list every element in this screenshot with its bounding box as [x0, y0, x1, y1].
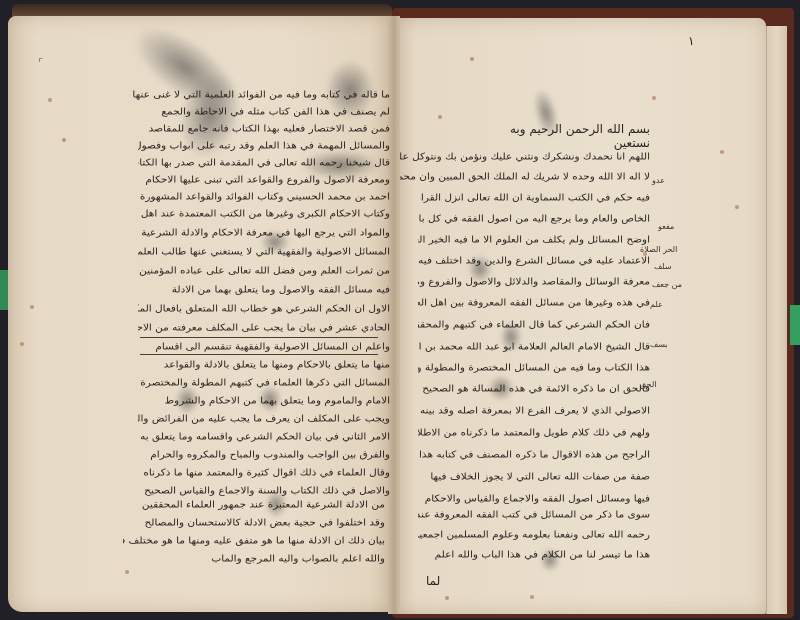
manuscript-line: لم يصنف في هذا الفن كتاب مثله في الاحاطة… — [138, 106, 390, 119]
manuscript-line: سوى ما ذكر من المسائل في كتب الفقه المعر… — [418, 509, 650, 522]
foxing-spot — [62, 138, 66, 142]
manuscript-line: ويجب على المكلف ان يعرف ما يجب عليه من ا… — [138, 413, 390, 426]
manuscript-line: في هذه وغيرها من مسائل الفقه المعروفة بي… — [418, 297, 650, 310]
manuscript-line: رحمه الله تعالى ونفعنا بعلومه وعلوم المس… — [418, 529, 650, 542]
right-page-lower-text: سوى ما ذكر من المسائل في كتب الفقه المعر… — [400, 508, 650, 568]
ruled-divider — [140, 337, 378, 338]
marginal-gloss: بسف — [650, 340, 668, 349]
manuscript-line: قال شيخنا رحمه الله تعالى في المقدمة الت… — [138, 157, 390, 170]
manuscript-line: لا اله الا الله وحده لا شريك له الملك ال… — [400, 171, 650, 184]
manuscript-line: هذا ما تيسر لنا من الكلام في هذا الباب و… — [418, 549, 650, 562]
manuscript-line: وكتاب الاحكام الكبرى وغيرها من الكتب الم… — [138, 208, 390, 221]
foxing-spot — [530, 595, 534, 599]
manuscript-line: الراجح من هذه الاقوال ما ذكره المصنف في … — [418, 449, 650, 462]
manuscript-line: فيها ومسائل اصول الفقه والاجماع والقياس … — [418, 493, 650, 506]
manuscript-line: فالحق ان ما ذكره الائمة في هذه المسالة ه… — [418, 383, 650, 396]
manuscript-line: الامام والماموم وما يتعلق بهما من الاحكا… — [138, 395, 390, 408]
manuscript-line: قال الشيخ الامام العالم العلامة ابو عبد … — [418, 341, 650, 354]
manuscript-line: بيان ذلك ان الادلة منها ما هو متفق عليه … — [123, 535, 385, 548]
page-stack-edge — [766, 26, 787, 614]
foxing-spot — [445, 596, 449, 600]
manuscript-line: وقال العلماء في ذلك اقوال كثيرة والمعتمد… — [138, 467, 390, 480]
manuscript-line: صفة من صفات الله تعالى التي لا يجوز الخل… — [418, 471, 650, 484]
manuscript-line: وقد اختلفوا في حجية بعض الادلة كالاستحسا… — [123, 517, 385, 530]
manuscript-line: والاصل في ذلك الكتاب والسنة والاجماع وال… — [138, 485, 390, 498]
manuscript-line: والله اعلم بالصواب واليه المرجع والماب — [145, 553, 385, 566]
marginal-gloss: علم — [650, 300, 663, 309]
marginal-gloss: من جعف — [652, 280, 682, 289]
manuscript-line: والمواد التي يرجع اليها في معرفة الاحكام… — [138, 227, 390, 240]
manuscript-line: فيه حكم في الكتب السماوية ان الله تعالى … — [420, 192, 650, 205]
marginal-gloss: عدو — [652, 176, 665, 185]
marginal-gloss: الحق — [640, 380, 657, 389]
manuscript-line: المسائل الاصولية والفقهية التي لا يستغني… — [138, 246, 390, 259]
manuscript-line: هذا الكتاب وما فيه من المسائل المختصرة و… — [418, 362, 650, 375]
marginal-gloss: الحر الصلاة — [640, 245, 677, 254]
manuscript-line: فيه مسائل الفقه والاصول وما يتعلق بهما م… — [138, 284, 390, 297]
manuscript-line: والفرق بين الواجب والمندوب والمباح والمك… — [138, 449, 390, 462]
manuscript-line: الخاص والعام وما يرجع اليه من اصول الفقه… — [418, 213, 650, 226]
manuscript-line: من ثمرات العلم ومن فضل الله تعالى على عب… — [138, 265, 390, 278]
ruled-divider — [140, 354, 378, 355]
manuscript-line: ما قاله في كتابه وما فيه من الفوائد العل… — [130, 89, 390, 102]
left-page-text-block: ما قاله في كتابه وما فيه من الفوائد العل… — [130, 88, 390, 508]
foxing-spot — [735, 205, 739, 209]
foxing-spot — [652, 96, 656, 100]
manuscript-line: والمسائل المهمة في هذا العلم وقد رتبه عل… — [138, 140, 390, 153]
left-page-lower-text: من الادلة الشرعية المعتبرة عند جمهور الع… — [120, 498, 385, 578]
marginal-gloss: سلف — [654, 262, 672, 271]
basmala-heading: بسم الله الرحمن الرحيم وبه نستعين — [500, 122, 650, 150]
foxing-spot — [438, 115, 442, 119]
foxing-spot — [470, 57, 474, 61]
right-page-text-block: اللهم انا نحمدك ونشكرك ونثني عليك ونؤمن … — [400, 150, 650, 520]
manuscript-line: واعلم ان المسائل الاصولية والفقهية تنقسم… — [138, 341, 390, 354]
manuscript-line: اللهم انا نحمدك ونشكرك ونثني عليك ونؤمن … — [400, 151, 650, 164]
folio-number: ١ — [688, 34, 694, 48]
manuscript-line: ومعرفة الاصول والفروع والقواعد التي تبنى… — [138, 174, 390, 187]
foxing-spot — [20, 342, 24, 346]
manuscript-line: ولهم في ذلك كلام طويل والمعتمد ما ذكرناه… — [418, 427, 650, 440]
manuscript-line: الاصولي الذي لا يعرف الفرع الا بمعرفة اص… — [418, 405, 650, 418]
manuscript-line: احمد بن محمد الحسيني وكتاب الفوائد والقو… — [132, 191, 390, 204]
marginal-gloss: مفعو — [658, 222, 674, 231]
manuscript-line: الاول ان الحكم الشرعي هو خطاب الله المتع… — [138, 303, 390, 316]
manuscript-line: اوضح المسائل ولم يكلف من العلوم الا ما ف… — [418, 234, 650, 247]
manuscript-line: فمن قصد الاختصار فعليه بهذا الكتاب فانه … — [138, 123, 390, 136]
foxing-spot — [48, 98, 52, 102]
manuscript-line: منها ما يتعلق بالاحكام ومنها ما يتعلق با… — [138, 359, 390, 372]
green-bookmark-right — [790, 305, 800, 345]
catchword: لما — [426, 574, 440, 588]
manuscript-line: الحادي عشر في بيان ما يجب على المكلف معر… — [138, 322, 390, 335]
foxing-spot — [30, 305, 34, 309]
manuscript-line: المسائل التي ذكرها العلماء في كتبهم المط… — [138, 377, 390, 390]
manuscript-line: فان الحكم الشرعي كما قال العلماء في كتبه… — [418, 319, 650, 332]
manuscript-line: الامر الثاني في بيان الحكم الشرعي واقسام… — [138, 431, 390, 444]
manuscript-line: معرفة الوسائل والمقاصد والدلائل والاصول … — [418, 276, 650, 289]
green-bookmark-left — [0, 270, 8, 310]
foxing-spot — [720, 150, 724, 154]
manuscript-line: الاعتماد عليه في مسائل الشرع والدين وقد … — [418, 255, 650, 268]
manuscript-line: من الادلة الشرعية المعتبرة عند جمهور الع… — [123, 499, 385, 512]
